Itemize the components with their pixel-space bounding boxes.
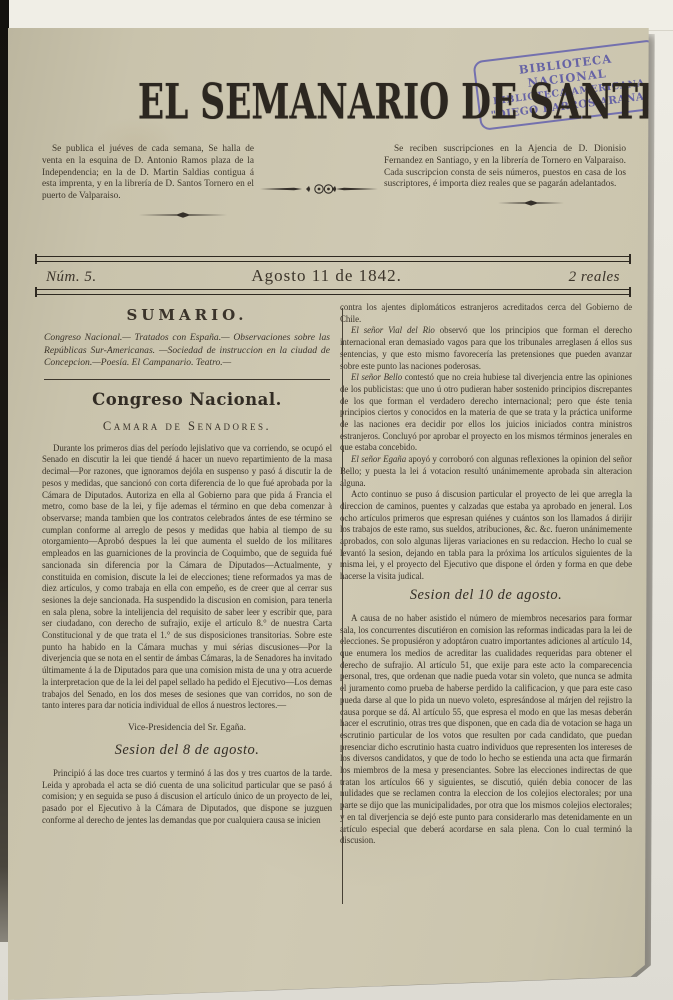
masthead-title: EL SEMANARIO DE SANTIAGO.	[138, 74, 598, 131]
publication-info-left-text: Se publica el juéves de cada semana, Se …	[42, 144, 254, 203]
summary-rule	[44, 379, 330, 380]
issue-date: Agosto 11 de 1842.	[251, 266, 402, 286]
summary-title: SUMARIO.	[42, 306, 332, 324]
publication-info-right-text: Se reciben suscripciones en la Ajencia d…	[384, 144, 626, 191]
newspaper-page: BIBLIOTECA NACIONAL BIBLIOTECA AMERICANA…	[8, 28, 650, 1000]
scan-background-band	[0, 0, 673, 31]
section-title-congreso-nacional: Congreso Nacional.	[42, 390, 332, 409]
right-column: contra los ajentes diplomáticos estranje…	[340, 302, 632, 847]
ornament-divider-icon	[260, 182, 378, 196]
issue-bar-top-rule	[36, 256, 630, 262]
session-10-heading: Sesion del 10 de agosto.	[340, 587, 632, 604]
speech-paragraph-egana: El señor Egaña apoyó y corroboró con alg…	[340, 454, 632, 489]
continuation-paragraph: contra los ajentes diplomáticos estranje…	[340, 302, 632, 325]
issue-number: Núm. 5.	[46, 269, 97, 286]
speaker-name: El señor Egaña	[351, 454, 406, 464]
session-10-paragraph: A causa de no haber asistido el número d…	[340, 613, 632, 847]
center-ornament	[254, 182, 384, 196]
small-divider-icon	[137, 211, 229, 219]
vice-presidencia-line: Vice-Presidencia del Sr. Egaña.	[42, 723, 332, 733]
congress-report-paragraph: Durante los primeros dias del período le…	[42, 443, 332, 712]
issue-bar-bottom-rule	[36, 289, 630, 295]
publication-info-left: Se publica el juéves de cada semana, Se …	[42, 144, 254, 219]
speech-paragraph-bello: El señor Bello contestó que no creia hub…	[340, 372, 632, 454]
session-8-heading: Sesion del 8 de agosto.	[42, 742, 332, 759]
acto-continuo-paragraph: Acto continuo se puso á discusion partic…	[340, 489, 632, 583]
summary-text: Congreso Nacional.— Tratados con España.…	[44, 332, 330, 370]
section-subtitle-camara-senadores: Camara de Senadores.	[42, 419, 332, 434]
article-columns: SUMARIO. Congreso Nacional.— Tratados co…	[42, 302, 632, 847]
issue-bar: Núm. 5. Agosto 11 de 1842. 2 reales	[36, 256, 630, 295]
speech-paragraph-vial-del-rio: El señor Vial del Rio observó que los pr…	[340, 325, 632, 372]
left-column: SUMARIO. Congreso Nacional.— Tratados co…	[42, 302, 332, 847]
publication-info-row: Se publica el juéves de cada semana, Se …	[42, 144, 626, 219]
small-divider-icon	[496, 199, 566, 207]
issue-price: 2 reales	[569, 269, 620, 286]
publication-info-right: Se reciben suscripciones en la Ajencia d…	[384, 144, 626, 207]
binding-edge	[0, 0, 9, 942]
session-8-paragraph: Principió á las doce tres cuartos y term…	[42, 768, 332, 827]
speaker-name: El señor Vial del Rio	[351, 325, 435, 335]
speaker-name: El señor Bello	[351, 372, 402, 382]
column-divider	[342, 308, 343, 904]
speech-text: contestó que no creia hubiese tal diverj…	[340, 372, 632, 452]
